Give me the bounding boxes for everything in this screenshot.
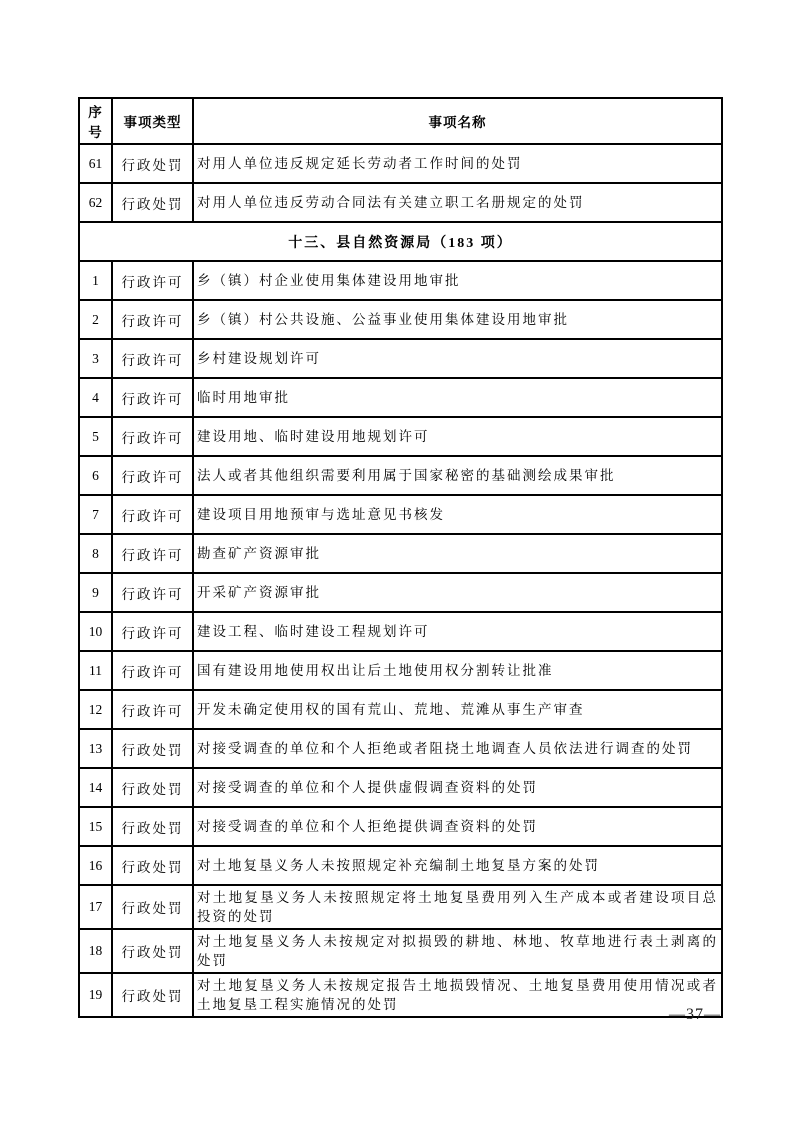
- item-number: 10: [79, 612, 112, 651]
- table-row: 7行政许可建设项目用地预审与选址意见书核发: [79, 495, 722, 534]
- item-number: 3: [79, 339, 112, 378]
- item-name: 国有建设用地使用权出让后土地使用权分割转让批准: [193, 651, 722, 690]
- item-name: 对接受调查的单位和个人提供虚假调查资料的处罚: [193, 768, 722, 807]
- item-number: 9: [79, 573, 112, 612]
- item-name: 勘查矿产资源审批: [193, 534, 722, 573]
- item-name: 乡（镇）村企业使用集体建设用地审批: [193, 261, 722, 300]
- item-name: 对土地复垦义务人未按照规定补充编制土地复垦方案的处罚: [193, 846, 722, 885]
- item-name: 对接受调查的单位和个人拒绝或者阻挠土地调查人员依法进行调查的处罚: [193, 729, 722, 768]
- item-type: 行政处罚: [112, 768, 193, 807]
- item-number: 8: [79, 534, 112, 573]
- items-table: 序号 事项类型 事项名称 61行政处罚对用人单位违反规定延长劳动者工作时间的处罚…: [78, 97, 723, 1018]
- table-row: 6行政许可法人或者其他组织需要利用属于国家秘密的基础测绘成果审批: [79, 456, 722, 495]
- item-type: 行政许可: [112, 378, 193, 417]
- table-header: 序号 事项类型 事项名称: [79, 98, 722, 144]
- table-row: 18行政处罚对土地复垦义务人未按规定对拟损毁的耕地、林地、牧草地进行表土剥离的处…: [79, 929, 722, 973]
- item-type: 行政许可: [112, 456, 193, 495]
- table-row: 16行政处罚对土地复垦义务人未按照规定补充编制土地复垦方案的处罚: [79, 846, 722, 885]
- item-type: 行政处罚: [112, 144, 193, 183]
- item-type: 行政处罚: [112, 885, 193, 929]
- table-row: 8行政许可勘查矿产资源审批: [79, 534, 722, 573]
- header-row: 序号 事项类型 事项名称: [79, 98, 722, 144]
- item-number: 12: [79, 690, 112, 729]
- item-type: 行政许可: [112, 573, 193, 612]
- item-name: 法人或者其他组织需要利用属于国家秘密的基础测绘成果审批: [193, 456, 722, 495]
- item-type: 行政许可: [112, 690, 193, 729]
- item-type: 行政许可: [112, 339, 193, 378]
- item-type: 行政处罚: [112, 183, 193, 222]
- table-row: 10行政许可建设工程、临时建设工程规划许可: [79, 612, 722, 651]
- item-name: 对用人单位违反劳动合同法有关建立职工名册规定的处罚: [193, 183, 722, 222]
- item-name: 对土地复垦义务人未按规定报告土地损毁情况、土地复垦费用使用情况或者土地复垦工程实…: [193, 973, 722, 1017]
- page-number: —37—: [669, 1006, 721, 1024]
- item-name: 临时用地审批: [193, 378, 722, 417]
- item-type: 行政许可: [112, 651, 193, 690]
- item-name: 开采矿产资源审批: [193, 573, 722, 612]
- item-number: 62: [79, 183, 112, 222]
- table-row: 9行政许可开采矿产资源审批: [79, 573, 722, 612]
- item-type: 行政许可: [112, 534, 193, 573]
- table-row: 19行政处罚对土地复垦义务人未按规定报告土地损毁情况、土地复垦费用使用情况或者土…: [79, 973, 722, 1017]
- item-name: 对土地复垦义务人未按照规定将土地复垦费用列入生产成本或者建设项目总投资的处罚: [193, 885, 722, 929]
- table-row: 15行政处罚对接受调查的单位和个人拒绝提供调查资料的处罚: [79, 807, 722, 846]
- item-type: 行政许可: [112, 261, 193, 300]
- table-row: 62行政处罚对用人单位违反劳动合同法有关建立职工名册规定的处罚: [79, 183, 722, 222]
- item-type: 行政处罚: [112, 973, 193, 1017]
- table-row: 4行政许可临时用地审批: [79, 378, 722, 417]
- item-name: 乡（镇）村公共设施、公益事业使用集体建设用地审批: [193, 300, 722, 339]
- item-number: 14: [79, 768, 112, 807]
- item-number: 16: [79, 846, 112, 885]
- table-row: 3行政许可乡村建设规划许可: [79, 339, 722, 378]
- item-type: 行政许可: [112, 300, 193, 339]
- item-type: 行政处罚: [112, 929, 193, 973]
- table-row: 61行政处罚对用人单位违反规定延长劳动者工作时间的处罚: [79, 144, 722, 183]
- item-type: 行政许可: [112, 495, 193, 534]
- item-type: 行政许可: [112, 612, 193, 651]
- item-name: 建设项目用地预审与选址意见书核发: [193, 495, 722, 534]
- item-name: 开发未确定使用权的国有荒山、荒地、荒滩从事生产审查: [193, 690, 722, 729]
- item-number: 1: [79, 261, 112, 300]
- table-body: 61行政处罚对用人单位违反规定延长劳动者工作时间的处罚62行政处罚对用人单位违反…: [79, 144, 722, 1017]
- item-number: 13: [79, 729, 112, 768]
- item-name: 乡村建设规划许可: [193, 339, 722, 378]
- table-row: 12行政许可开发未确定使用权的国有荒山、荒地、荒滩从事生产审查: [79, 690, 722, 729]
- table-row: 13行政处罚对接受调查的单位和个人拒绝或者阻挠土地调查人员依法进行调查的处罚: [79, 729, 722, 768]
- item-name: 对接受调查的单位和个人拒绝提供调查资料的处罚: [193, 807, 722, 846]
- item-number: 11: [79, 651, 112, 690]
- item-number: 4: [79, 378, 112, 417]
- table-row: 1行政许可乡（镇）村企业使用集体建设用地审批: [79, 261, 722, 300]
- item-type: 行政许可: [112, 417, 193, 456]
- item-number: 5: [79, 417, 112, 456]
- section-row: 十三、县自然资源局（183 项）: [79, 222, 722, 261]
- item-name: 建设用地、临时建设用地规划许可: [193, 417, 722, 456]
- item-name: 对土地复垦义务人未按规定对拟损毁的耕地、林地、牧草地进行表土剥离的处罚: [193, 929, 722, 973]
- header-cell-name: 事项名称: [193, 98, 722, 144]
- table-row: 2行政许可乡（镇）村公共设施、公益事业使用集体建设用地审批: [79, 300, 722, 339]
- header-cell-no: 序号: [79, 98, 112, 144]
- table-row: 17行政处罚对土地复垦义务人未按照规定将土地复垦费用列入生产成本或者建设项目总投…: [79, 885, 722, 929]
- item-number: 15: [79, 807, 112, 846]
- table-row: 5行政许可建设用地、临时建设用地规划许可: [79, 417, 722, 456]
- item-name: 对用人单位违反规定延长劳动者工作时间的处罚: [193, 144, 722, 183]
- section-title: 十三、县自然资源局（183 项）: [79, 222, 722, 261]
- item-number: 7: [79, 495, 112, 534]
- item-number: 19: [79, 973, 112, 1017]
- item-type: 行政处罚: [112, 807, 193, 846]
- item-type: 行政处罚: [112, 729, 193, 768]
- table-row: 14行政处罚对接受调查的单位和个人提供虚假调查资料的处罚: [79, 768, 722, 807]
- table-row: 11行政许可国有建设用地使用权出让后土地使用权分割转让批准: [79, 651, 722, 690]
- item-number: 18: [79, 929, 112, 973]
- header-cell-type: 事项类型: [112, 98, 193, 144]
- item-number: 6: [79, 456, 112, 495]
- item-number: 2: [79, 300, 112, 339]
- item-name: 建设工程、临时建设工程规划许可: [193, 612, 722, 651]
- item-number: 61: [79, 144, 112, 183]
- document-page: 序号 事项类型 事项名称 61行政处罚对用人单位违反规定延长劳动者工作时间的处罚…: [0, 0, 793, 1122]
- item-number: 17: [79, 885, 112, 929]
- item-type: 行政处罚: [112, 846, 193, 885]
